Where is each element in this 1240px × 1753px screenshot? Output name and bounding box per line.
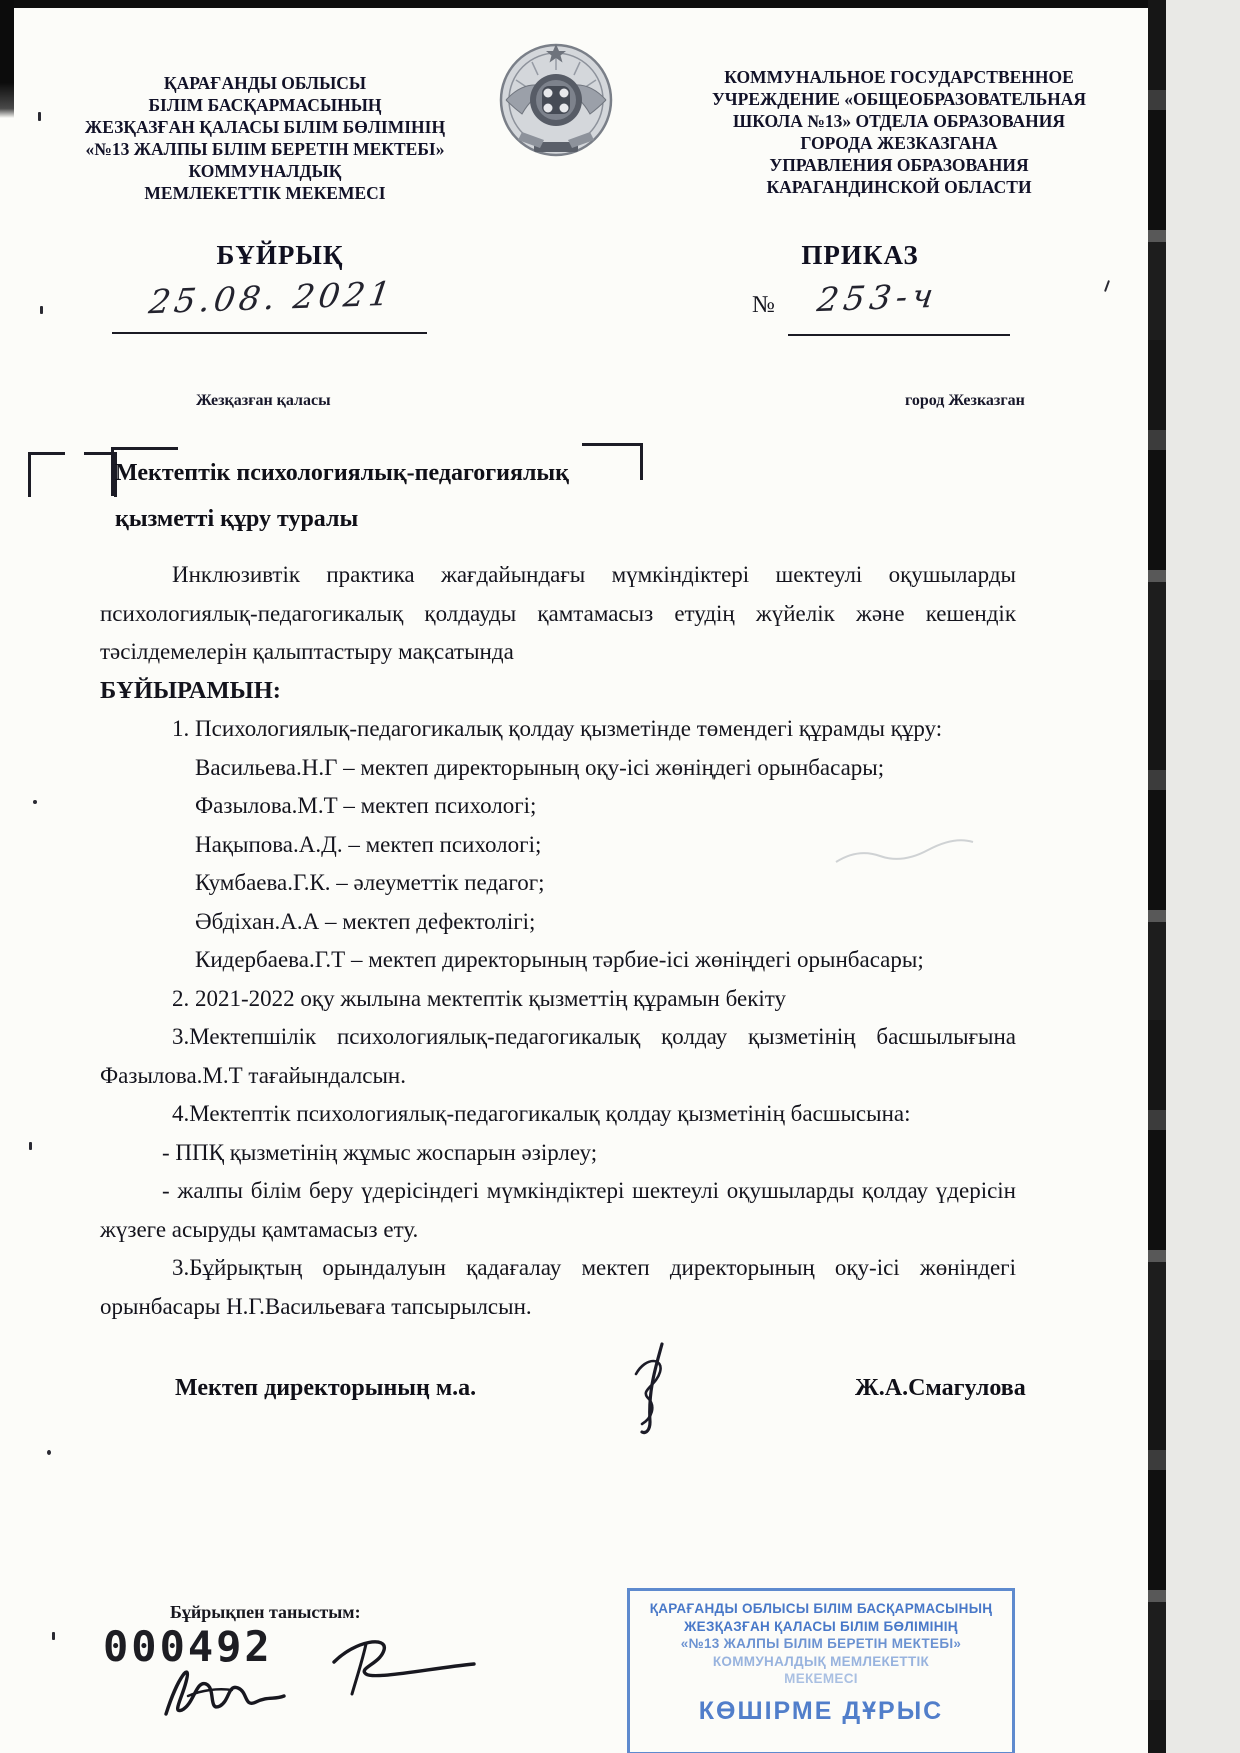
org-line: БІЛІМ БАСҚАРМАСЫНЫҢ — [55, 94, 475, 116]
order-title-russian: ПРИКАЗ — [735, 240, 985, 271]
order-item-2: 2. 2021-2022 оқу жылына мектептік қызмет… — [100, 980, 1016, 1019]
ink-speck — [1104, 280, 1110, 292]
director-signature — [618, 1338, 690, 1438]
number-sign: № — [752, 292, 775, 319]
proof-mark — [28, 452, 65, 497]
ink-speck — [40, 306, 43, 314]
org-line: УЧРЕЖДЕНИЕ «ОБЩЕОБРАЗОВАТЕЛЬНАЯ — [645, 88, 1153, 110]
stamp-line: КОММУНАЛДЫҚ МЕМЛЕКЕТТІК — [630, 1653, 1012, 1671]
scan-edge-right — [1148, 0, 1166, 1753]
org-line: ҚАРАҒАНДЫ ОБЛЫСЫ — [55, 72, 475, 94]
scanned-order-document: ҚАРАҒАНДЫ ОБЛЫСЫ БІЛІМ БАСҚАРМАСЫНЫҢ ЖЕЗ… — [0, 0, 1240, 1753]
order-item-3: 3.Мектепшілік психологиялық-педагогикалы… — [100, 1018, 1016, 1095]
acquainted-signature-2 — [322, 1632, 482, 1702]
member-line: Әбдіхан.А.А – мектеп дефектолігі; — [100, 903, 1016, 942]
number-underline — [788, 334, 1010, 336]
city-kazakh: Жезқазған қаласы — [196, 392, 331, 410]
org-line: «№13 ЖАЛПЫ БІЛІМ БЕРЕТІН МЕКТЕБІ» — [55, 138, 475, 160]
stamp-verdict: КӨШІРМЕ ДҰРЫС — [630, 1697, 1012, 1725]
org-name-russian: КОММУНАЛЬНОЕ ГОСУДАРСТВЕННОЕ УЧРЕЖДЕНИЕ … — [645, 66, 1153, 198]
scanner-background — [1166, 0, 1240, 1753]
org-line: УПРАВЛЕНИЯ ОБРАЗОВАНИЯ — [645, 154, 1153, 176]
stamp-line: ЖЕЗҚАЗҒАН ҚАЛАСЫ БІЛІМ БӨЛІМІНІҢ — [630, 1618, 1012, 1636]
org-line: МЕМЛЕКЕТТІК МЕКЕМЕСІ — [55, 182, 475, 204]
duty-bullet-2: - жалпы білім беру үдерісіндегі мүмкінді… — [100, 1172, 1016, 1249]
order-body: Инклюзивтік практика жағдайындағы мүмкін… — [100, 556, 1016, 1326]
stamp-line: «№13 ЖАЛПЫ БІЛІМ БЕРЕТІН МЕКТЕБІ» — [630, 1635, 1012, 1653]
scan-edge-left — [0, 0, 14, 118]
stamp-line: МЕКЕМЕСІ — [630, 1670, 1012, 1688]
city-russian: город Жезказган — [905, 392, 1025, 410]
order-title-kazakh: БҰЙРЫҚ — [120, 240, 440, 271]
intro-paragraph: Инклюзивтік практика жағдайындағы мүмкін… — [100, 556, 1016, 672]
kazakhstan-emblem-icon — [492, 36, 620, 166]
copy-certification-stamp: ҚАРАҒАНДЫ ОБЛЫСЫ БІЛІМ БАСҚАРМАСЫНЫҢ ЖЕЗ… — [627, 1588, 1015, 1753]
faint-pencil-mark — [828, 828, 978, 873]
order-subject: Мектептік психологиялық-педагогиялық қыз… — [115, 450, 735, 542]
scan-edge-top — [0, 0, 1164, 8]
acquainted-label: Бұйрықпен таныстым: — [170, 1602, 361, 1623]
org-line: ЖЕЗҚАЗҒАН ҚАЛАСЫ БІЛІМ БӨЛІМІНІҢ — [55, 116, 475, 138]
duty-bullet-1: - ППҚ қызметінің жұмыс жоспарын әзірлеу; — [100, 1134, 1016, 1173]
handwritten-order-number: 253-ч — [815, 276, 941, 319]
date-underline — [112, 332, 427, 334]
subject-line-1: Мектептік психологиялық-педагогиялық — [115, 450, 735, 496]
org-line: КОММУНАЛЬНОЕ ГОСУДАРСТВЕННОЕ — [645, 66, 1153, 88]
org-line: ГОРОДА ЖЕЗКАЗГАНА — [645, 132, 1153, 154]
ink-speck — [47, 1450, 51, 1455]
ink-speck — [52, 1632, 55, 1640]
org-line: ШКОЛА №13» ОТДЕЛА ОБРАЗОВАНИЯ — [645, 110, 1153, 132]
ink-speck — [38, 112, 41, 121]
order-item-1: 1. Психологиялық-педагогикалық қолдау қы… — [100, 710, 1016, 749]
decree-word: БҰЙЫРАМЫН: — [100, 672, 1016, 711]
signer-name: Ж.А.Смагулова — [855, 1375, 1026, 1402]
order-item-4: 4.Мектептік психологиялық-педагогикалық … — [100, 1095, 1016, 1134]
member-line: Кидербаева.Г.Т – мектеп директорының тәр… — [100, 941, 1016, 980]
ink-speck — [33, 800, 37, 804]
signer-position: Мектеп директорының м.а. — [175, 1375, 476, 1402]
org-name-kazakh: ҚАРАҒАНДЫ ОБЛЫСЫ БІЛІМ БАСҚАРМАСЫНЫҢ ЖЕЗ… — [55, 72, 475, 204]
org-line: КОММУНАЛДЫҚ — [55, 160, 475, 182]
stamp-line: ҚАРАҒАНДЫ ОБЛЫСЫ БІЛІМ БАСҚАРМАСЫНЫҢ — [630, 1600, 1012, 1618]
member-line: Васильева.Н.Г – мектеп директорының оқу-… — [100, 749, 1016, 788]
ink-speck — [29, 1142, 32, 1150]
handwritten-date: 25.08. 2021 — [147, 274, 397, 321]
acquainted-signature-1 — [158, 1652, 288, 1724]
org-line: КАРАГАНДИНСКОЙ ОБЛАСТИ — [645, 176, 1153, 198]
order-item-control: 3.Бұйрықтың орындалуын қадағалау мектеп … — [100, 1249, 1016, 1326]
subject-line-2: қызметті құру туралы — [115, 496, 735, 542]
member-line: Фазылова.М.Т – мектеп психологі; — [100, 787, 1016, 826]
